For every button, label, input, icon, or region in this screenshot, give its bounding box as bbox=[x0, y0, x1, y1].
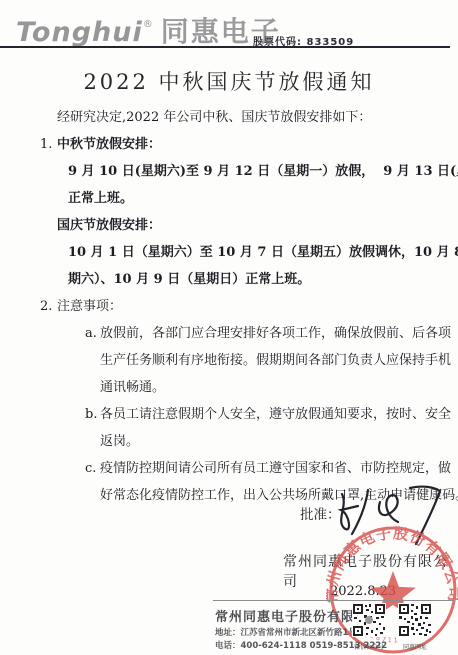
note-item-b: b. 各员工请注意假期个人安全，遵守放假通知要求，按时、安全 返岗。 bbox=[85, 401, 444, 455]
list-item-notes: 2. 注意事项： a. 放假前，各部门应合理安排好各项工作，确保放假前、后各项 … bbox=[40, 293, 444, 509]
approval-label: 批准： bbox=[300, 503, 341, 523]
qr-code-website: 同惠网址 bbox=[398, 603, 432, 651]
midautumn-schedule-text: 9 月 10 日(星期六)至 9 月 12 日（星期一）放假， 9 月 13 日… bbox=[68, 158, 444, 212]
notes-heading: 注意事项： bbox=[57, 293, 444, 320]
logo-latin-text: Tonghui bbox=[16, 17, 143, 48]
qr-website-label: 同惠网址 bbox=[398, 642, 432, 651]
sign-date: 2022.8.23 bbox=[330, 584, 396, 599]
qr-code-wechat-image bbox=[352, 603, 386, 637]
list-item-holiday-schedule: 1. 中秋节放假安排： 9 月 10 日(星期六)至 9 月 12 日（星期一）… bbox=[40, 131, 444, 293]
note-item-c: c. 疫情防控期间请公司所有员工遵守国家和省、市防控规定，做 好常态化疫情防控工… bbox=[85, 455, 444, 509]
list-number-1: 1. bbox=[40, 131, 57, 293]
qr-wechat-label: 微信公众号 bbox=[352, 642, 386, 651]
note-text-b: 各员工请注意假期个人安全，遵守放假通知要求，按时、安全 返岗。 bbox=[100, 401, 451, 455]
note-label-b: b. bbox=[85, 401, 100, 455]
registered-trademark-icon: ® bbox=[143, 19, 153, 30]
document-page: Tonghui®同惠电子 股票代码: 833509 2022 中秋国庆节放假通知… bbox=[0, 0, 458, 655]
midautumn-heading: 中秋节放假安排： bbox=[57, 131, 444, 158]
note-text-a: 放假前，各部门应合理安排好各项工作，确保放假前、后各项 生产任务顺利有序地衔接。… bbox=[100, 320, 451, 401]
footer-address: 地址：江苏省常州市新北区新竹路1号 bbox=[215, 626, 357, 638]
qr-code-website-image bbox=[398, 603, 432, 637]
letterhead-divider bbox=[0, 46, 450, 48]
list-number-2: 2. bbox=[40, 293, 57, 509]
intro-paragraph: 经研究决定,2022 年公司中秋、国庆节放假安排如下： bbox=[57, 104, 444, 131]
note-text-c: 疫情防控期间请公司所有员工遵守国家和省、市防控规定，做 好常态化疫情防控工作，出… bbox=[100, 455, 458, 509]
footer-divider bbox=[213, 600, 455, 601]
note-item-a: a. 放假前，各部门应合理安排好各项工作，确保放假前、后各项 生产任务顺利有序地… bbox=[85, 320, 444, 401]
list-item-1-body: 中秋节放假安排： 9 月 10 日(星期六)至 9 月 12 日（星期一）放假，… bbox=[57, 131, 444, 293]
national-day-schedule-text: 10 月 1 日（星期六）至 10 月 7 日（星期五）放假调休，10 月 8 … bbox=[68, 239, 444, 293]
document-body: 经研究决定,2022 年公司中秋、国庆节放假安排如下： 1. 中秋节放假安排： … bbox=[40, 104, 444, 509]
company-logo: Tonghui®同惠电子 bbox=[16, 10, 281, 50]
national-day-heading: 国庆节放假安排： bbox=[57, 212, 444, 239]
list-item-2-body: 注意事项： a. 放假前，各部门应合理安排好各项工作，确保放假前、后各项 生产任… bbox=[57, 293, 444, 509]
document-title: 2022 中秋国庆节放假通知 bbox=[0, 66, 458, 96]
note-label-a: a. bbox=[85, 320, 100, 401]
qr-code-wechat: 微信公众号 bbox=[352, 603, 386, 651]
note-label-c: c. bbox=[85, 455, 100, 509]
